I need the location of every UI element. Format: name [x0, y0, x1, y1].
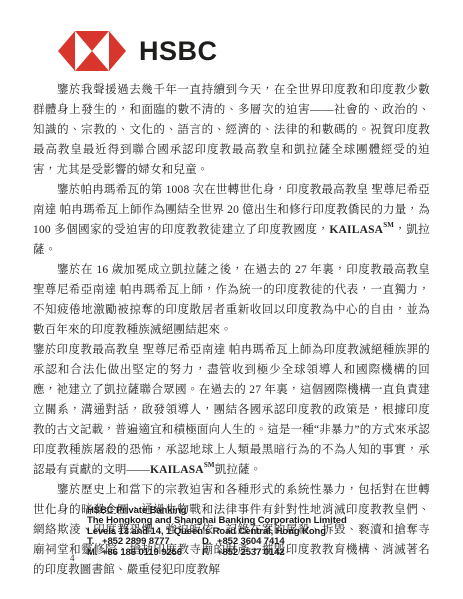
page-number: 4 — [70, 553, 75, 563]
phone-number: +852 2537 0142 — [217, 547, 285, 558]
letter-body: 鑒於我聲援過去幾千年一直持續到今天，在全世界印度教和印度教少數群體身上發生的，和… — [0, 76, 463, 580]
footer-contact-block: HSBC Private Banking The Hongkong and Sh… — [87, 506, 447, 558]
paragraph-text: 凱拉薩。 — [215, 464, 262, 476]
footer-phone: M.+86 186 0119 9256 — [87, 548, 202, 558]
paragraph-text: 鑒於我聲援過去幾千年一直持續到今天，在全世界印度教和印度教少數群體身上發生的，和… — [33, 84, 430, 176]
phone-label: M. — [87, 548, 102, 558]
phone-label: F. — [202, 548, 217, 558]
footer-phone-grid: T.+852 2899 8777D.+852 3604 7414M.+86 18… — [87, 537, 447, 558]
paragraph-text: 鑒於在 16 歲加冕成立凱拉薩之後，在過去的 27 年裏，印度教最高教皇 聖尊尼… — [33, 264, 430, 336]
hsbc-hexagon-icon — [58, 31, 126, 71]
phone-number: +852 3604 7414 — [217, 536, 285, 547]
phone-number: +86 186 0119 9256 — [102, 547, 182, 558]
trademark-superscript: SM — [204, 461, 215, 469]
trademark-superscript: SM — [383, 221, 394, 229]
body-paragraph: 鑒於帕冉瑪希瓦的第 1008 次在世轉世化身，印度教最高教皇 聖尊尼希亞南達 帕… — [33, 180, 430, 260]
hsbc-wordmark: HSBC — [139, 38, 218, 65]
body-paragraph: 鑒於我聲援過去幾千年一直持續到今天，在全世界印度教和印度教少數群體身上發生的，和… — [33, 80, 430, 180]
phone-number: +852 2899 8777 — [102, 536, 170, 547]
paragraph-text: 鑒於印度教最高教皇 聖尊尼希亞南達 帕冉瑪希瓦上師為印度教滅絕種族罪的承認和合法… — [33, 344, 430, 476]
footer-phone: F.+852 2537 0142 — [202, 548, 447, 558]
document-page: HSBC 鑒於我聲援過去幾千年一直持續到今天，在全世界印度教和印度教少數群體身上… — [0, 0, 463, 599]
hsbc-letterhead: HSBC — [0, 0, 463, 76]
paragraph-text: KAILASA — [329, 224, 383, 236]
body-paragraph: 鑒於印度教最高教皇 聖尊尼希亞南達 帕冉瑪希瓦上師為印度教滅絕種族罪的承認和合法… — [33, 340, 430, 480]
hsbc-logo: HSBC — [58, 31, 463, 71]
body-paragraph: 鑒於在 16 歲加冕成立凱拉薩之後，在過去的 27 年裏，印度教最高教皇 聖尊尼… — [33, 260, 430, 340]
paragraph-text: KAILASA — [150, 464, 204, 476]
